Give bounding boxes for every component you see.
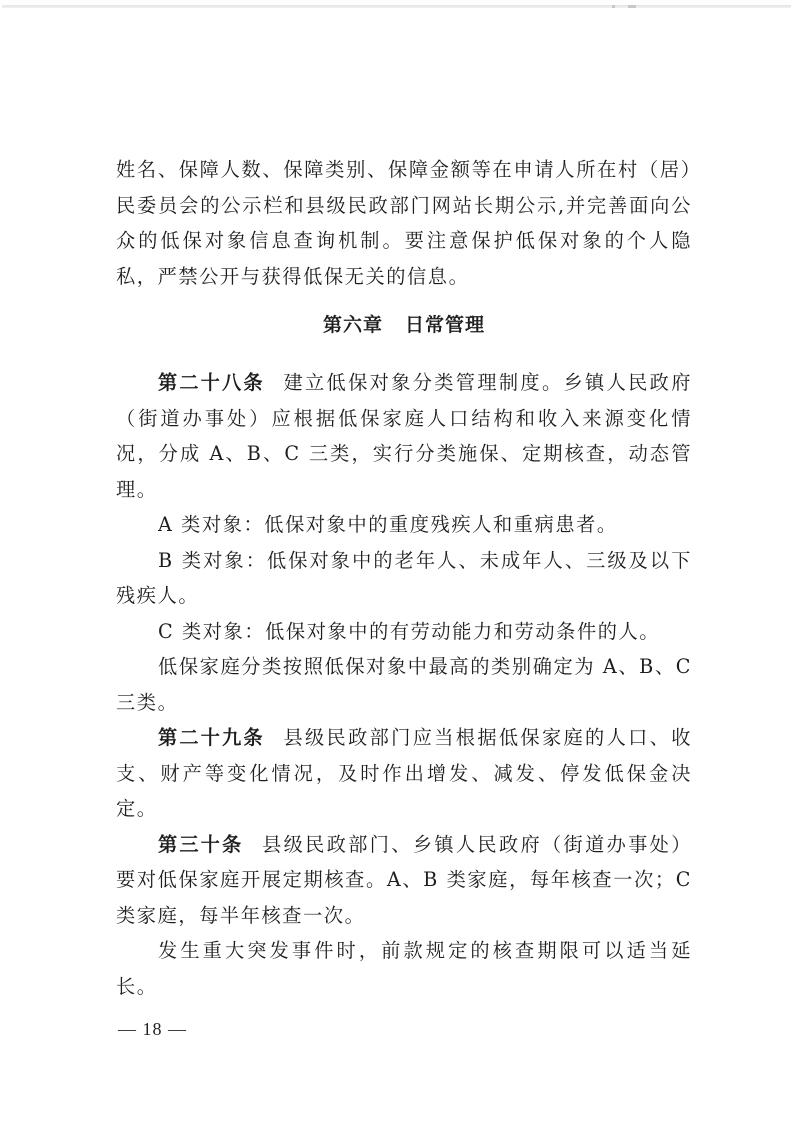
category-a-paragraph: A 类对象：低保对象中的重度残疾人和重病患者。 <box>116 507 692 543</box>
chapter-number: 第六章 <box>323 314 383 336</box>
category-b-paragraph: B 类对象：低保对象中的老年人、未成年人、三级及以下残疾人。 <box>116 543 692 614</box>
article-number: 第三十条 <box>158 833 243 856</box>
continuation-paragraph: 姓名、保障人数、保障类别、保障金额等在申请人所在村（居）民委员会的公示栏和县级民… <box>116 152 692 294</box>
extension-paragraph: 发生重大突发事件时，前款规定的核查期限可以适当延长。 <box>116 933 692 1004</box>
family-classification-paragraph: 低保家庭分类按照低保对象中最高的类别确定为 A、B、C 三类。 <box>116 649 692 720</box>
article-28: 第二十八条建立低保对象分类管理制度。乡镇人民政府（街道办事处）应根据低保家庭人口… <box>116 365 692 507</box>
scan-mark <box>612 5 615 8</box>
article-number: 第二十九条 <box>158 726 265 749</box>
scan-edge-line <box>2 5 791 8</box>
chapter-heading: 第六章日常管理 <box>116 294 692 365</box>
scan-mark <box>628 5 636 8</box>
page-number: — 18 — <box>118 1016 187 1042</box>
category-c-paragraph: C 类对象：低保对象中的有劳动能力和劳动条件的人。 <box>116 614 692 650</box>
article-29: 第二十九条县级民政部门应当根据低保家庭的人口、收支、财产等变化情况，及时作出增发… <box>116 720 692 827</box>
article-number: 第二十八条 <box>158 371 265 394</box>
document-body: 姓名、保障人数、保障类别、保障金额等在申请人所在村（居）民委员会的公示栏和县级民… <box>116 152 692 1004</box>
chapter-title: 日常管理 <box>405 314 485 336</box>
article-30: 第三十条县级民政部门、乡镇人民政府（街道办事处）要对低保家庭开展定期核查。A、B… <box>116 827 692 934</box>
